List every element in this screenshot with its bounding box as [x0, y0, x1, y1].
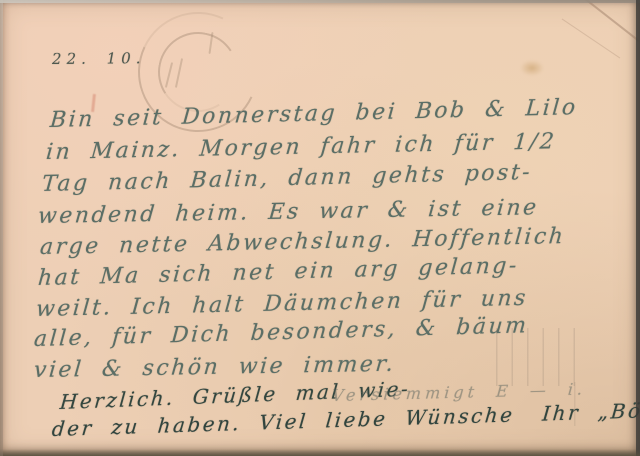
date-text: 22. 10. [52, 49, 146, 68]
stain-mark [520, 60, 544, 76]
message-line: Tag nach Balin, dann gehts post- [41, 160, 533, 197]
scan-edge-bottom [0, 449, 640, 456]
message-line: Bin seit Donnerstag bei Bob & Lilo [49, 95, 579, 133]
ink-bleed-streaks [548, 382, 582, 426]
ink-bleed-streaks [482, 328, 578, 386]
crease-mark [581, 0, 640, 50]
message-line: in Mainz. Morgen fahr ich für 1/2 [45, 129, 557, 165]
message-line: wendend heim. Es war & ist eine [37, 195, 540, 229]
scan-edge-left [0, 0, 3, 456]
postcard-scan: 22. 10. Bin seit Donnerstag bei Bob & Li… [0, 0, 640, 456]
scan-edge-top [0, 0, 640, 3]
scan-edge-right [636, 0, 640, 456]
crease-mark [562, 19, 621, 59]
message-line: hat Ma sich net ein arg gelang- [37, 253, 520, 291]
